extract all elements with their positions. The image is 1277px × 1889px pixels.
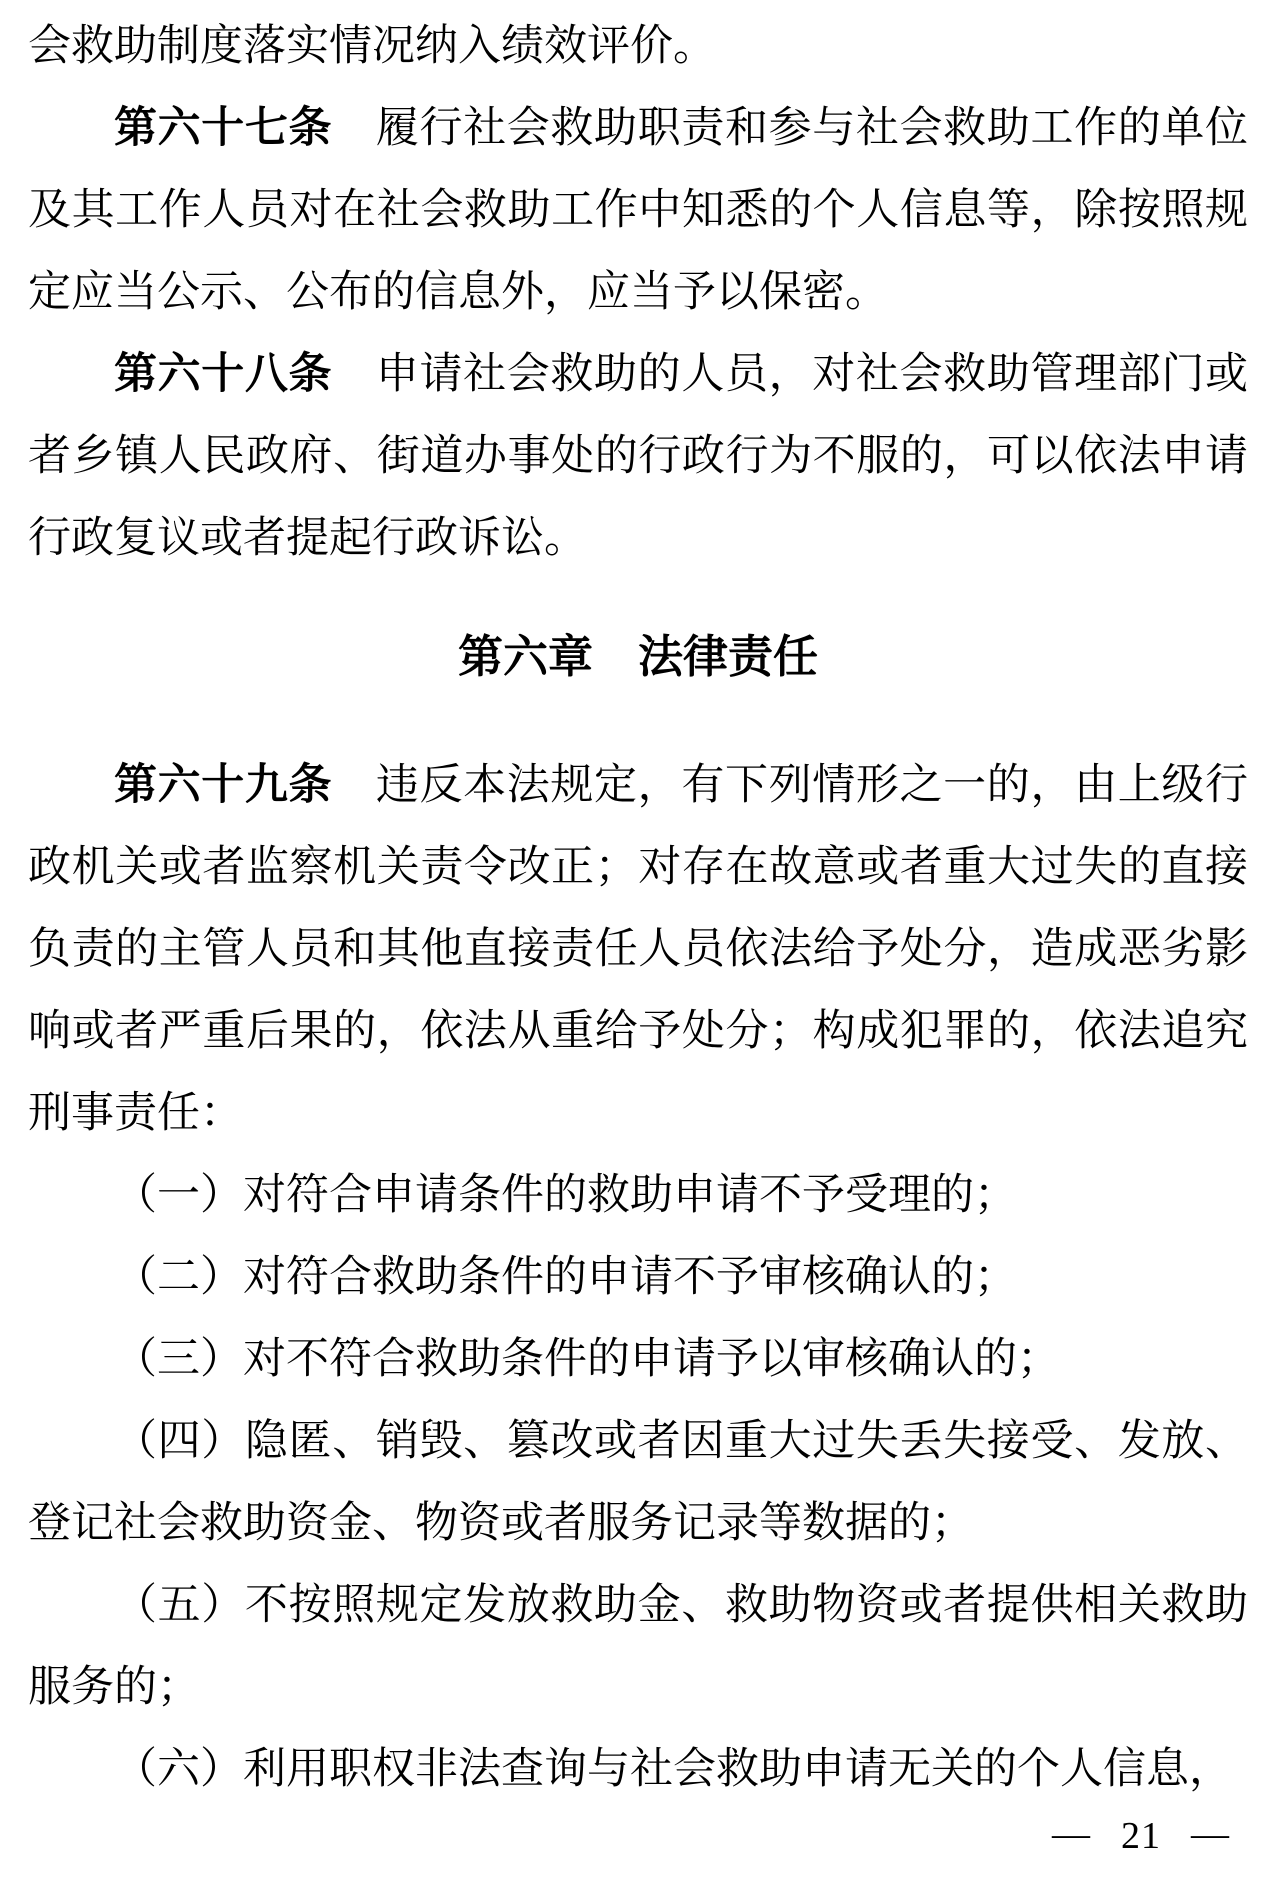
chapter-title: 法律责任 bbox=[638, 632, 818, 682]
article-69-number: 第六十九条 bbox=[114, 762, 332, 809]
article-69-text: 违反本法规定，有下列情形之一的，由上级行政机关或者监察机关责令改正；对存在故意或… bbox=[28, 762, 1248, 1137]
article-67-separator bbox=[332, 105, 376, 152]
chapter-heading: 第六章 法律责任 bbox=[28, 616, 1248, 698]
article-68-separator bbox=[332, 351, 376, 398]
page-number-footer: — 21 — bbox=[1052, 1812, 1230, 1860]
chapter-number: 第六章 bbox=[458, 632, 593, 682]
document-body: 会救助制度落实情况纳入绩效评价。 第六十七条 履行社会救助职责和参与社会救助工作… bbox=[0, 0, 1277, 1811]
footer-page-number: 21 bbox=[1121, 1812, 1161, 1860]
paragraph-continuation: 会救助制度落实情况纳入绩效评价。 bbox=[28, 6, 1248, 88]
chapter-separator bbox=[593, 632, 638, 682]
article-69-paragraph: 第六十九条 违反本法规定，有下列情形之一的，由上级行政机关或者监察机关责令改正；… bbox=[28, 745, 1248, 1155]
list-item-3: （三）对不符合救助条件的申请予以审核确认的； bbox=[28, 1319, 1248, 1401]
footer-dash-right: — bbox=[1191, 1810, 1230, 1858]
list-item-1: （一）对符合申请条件的救助申请不予受理的； bbox=[28, 1155, 1248, 1237]
footer-dash-left: — bbox=[1052, 1810, 1091, 1858]
article-69-separator bbox=[332, 762, 376, 809]
document-page: 会救助制度落实情况纳入绩效评价。 第六十七条 履行社会救助职责和参与社会救助工作… bbox=[0, 0, 1277, 1889]
list-item-2: （二）对符合救助条件的申请不予审核确认的； bbox=[28, 1237, 1248, 1319]
list-item-5: （五）不按照规定发放救助金、救助物资或者提供相关救助服务的； bbox=[28, 1565, 1248, 1729]
list-item-6: （六）利用职权非法查询与社会救助申请无关的个人信息， bbox=[28, 1729, 1248, 1811]
article-68-number: 第六十八条 bbox=[114, 351, 332, 398]
article-68-paragraph: 第六十八条 申请社会救助的人员，对社会救助管理部门或者乡镇人民政府、街道办事处的… bbox=[28, 334, 1248, 580]
article-67-number: 第六十七条 bbox=[114, 105, 332, 152]
list-item-4: （四）隐匿、销毁、篡改或者因重大过失丢失接受、发放、登记社会救助资金、物资或者服… bbox=[28, 1401, 1248, 1565]
article-67-paragraph: 第六十七条 履行社会救助职责和参与社会救助工作的单位及其工作人员对在社会救助工作… bbox=[28, 88, 1248, 334]
